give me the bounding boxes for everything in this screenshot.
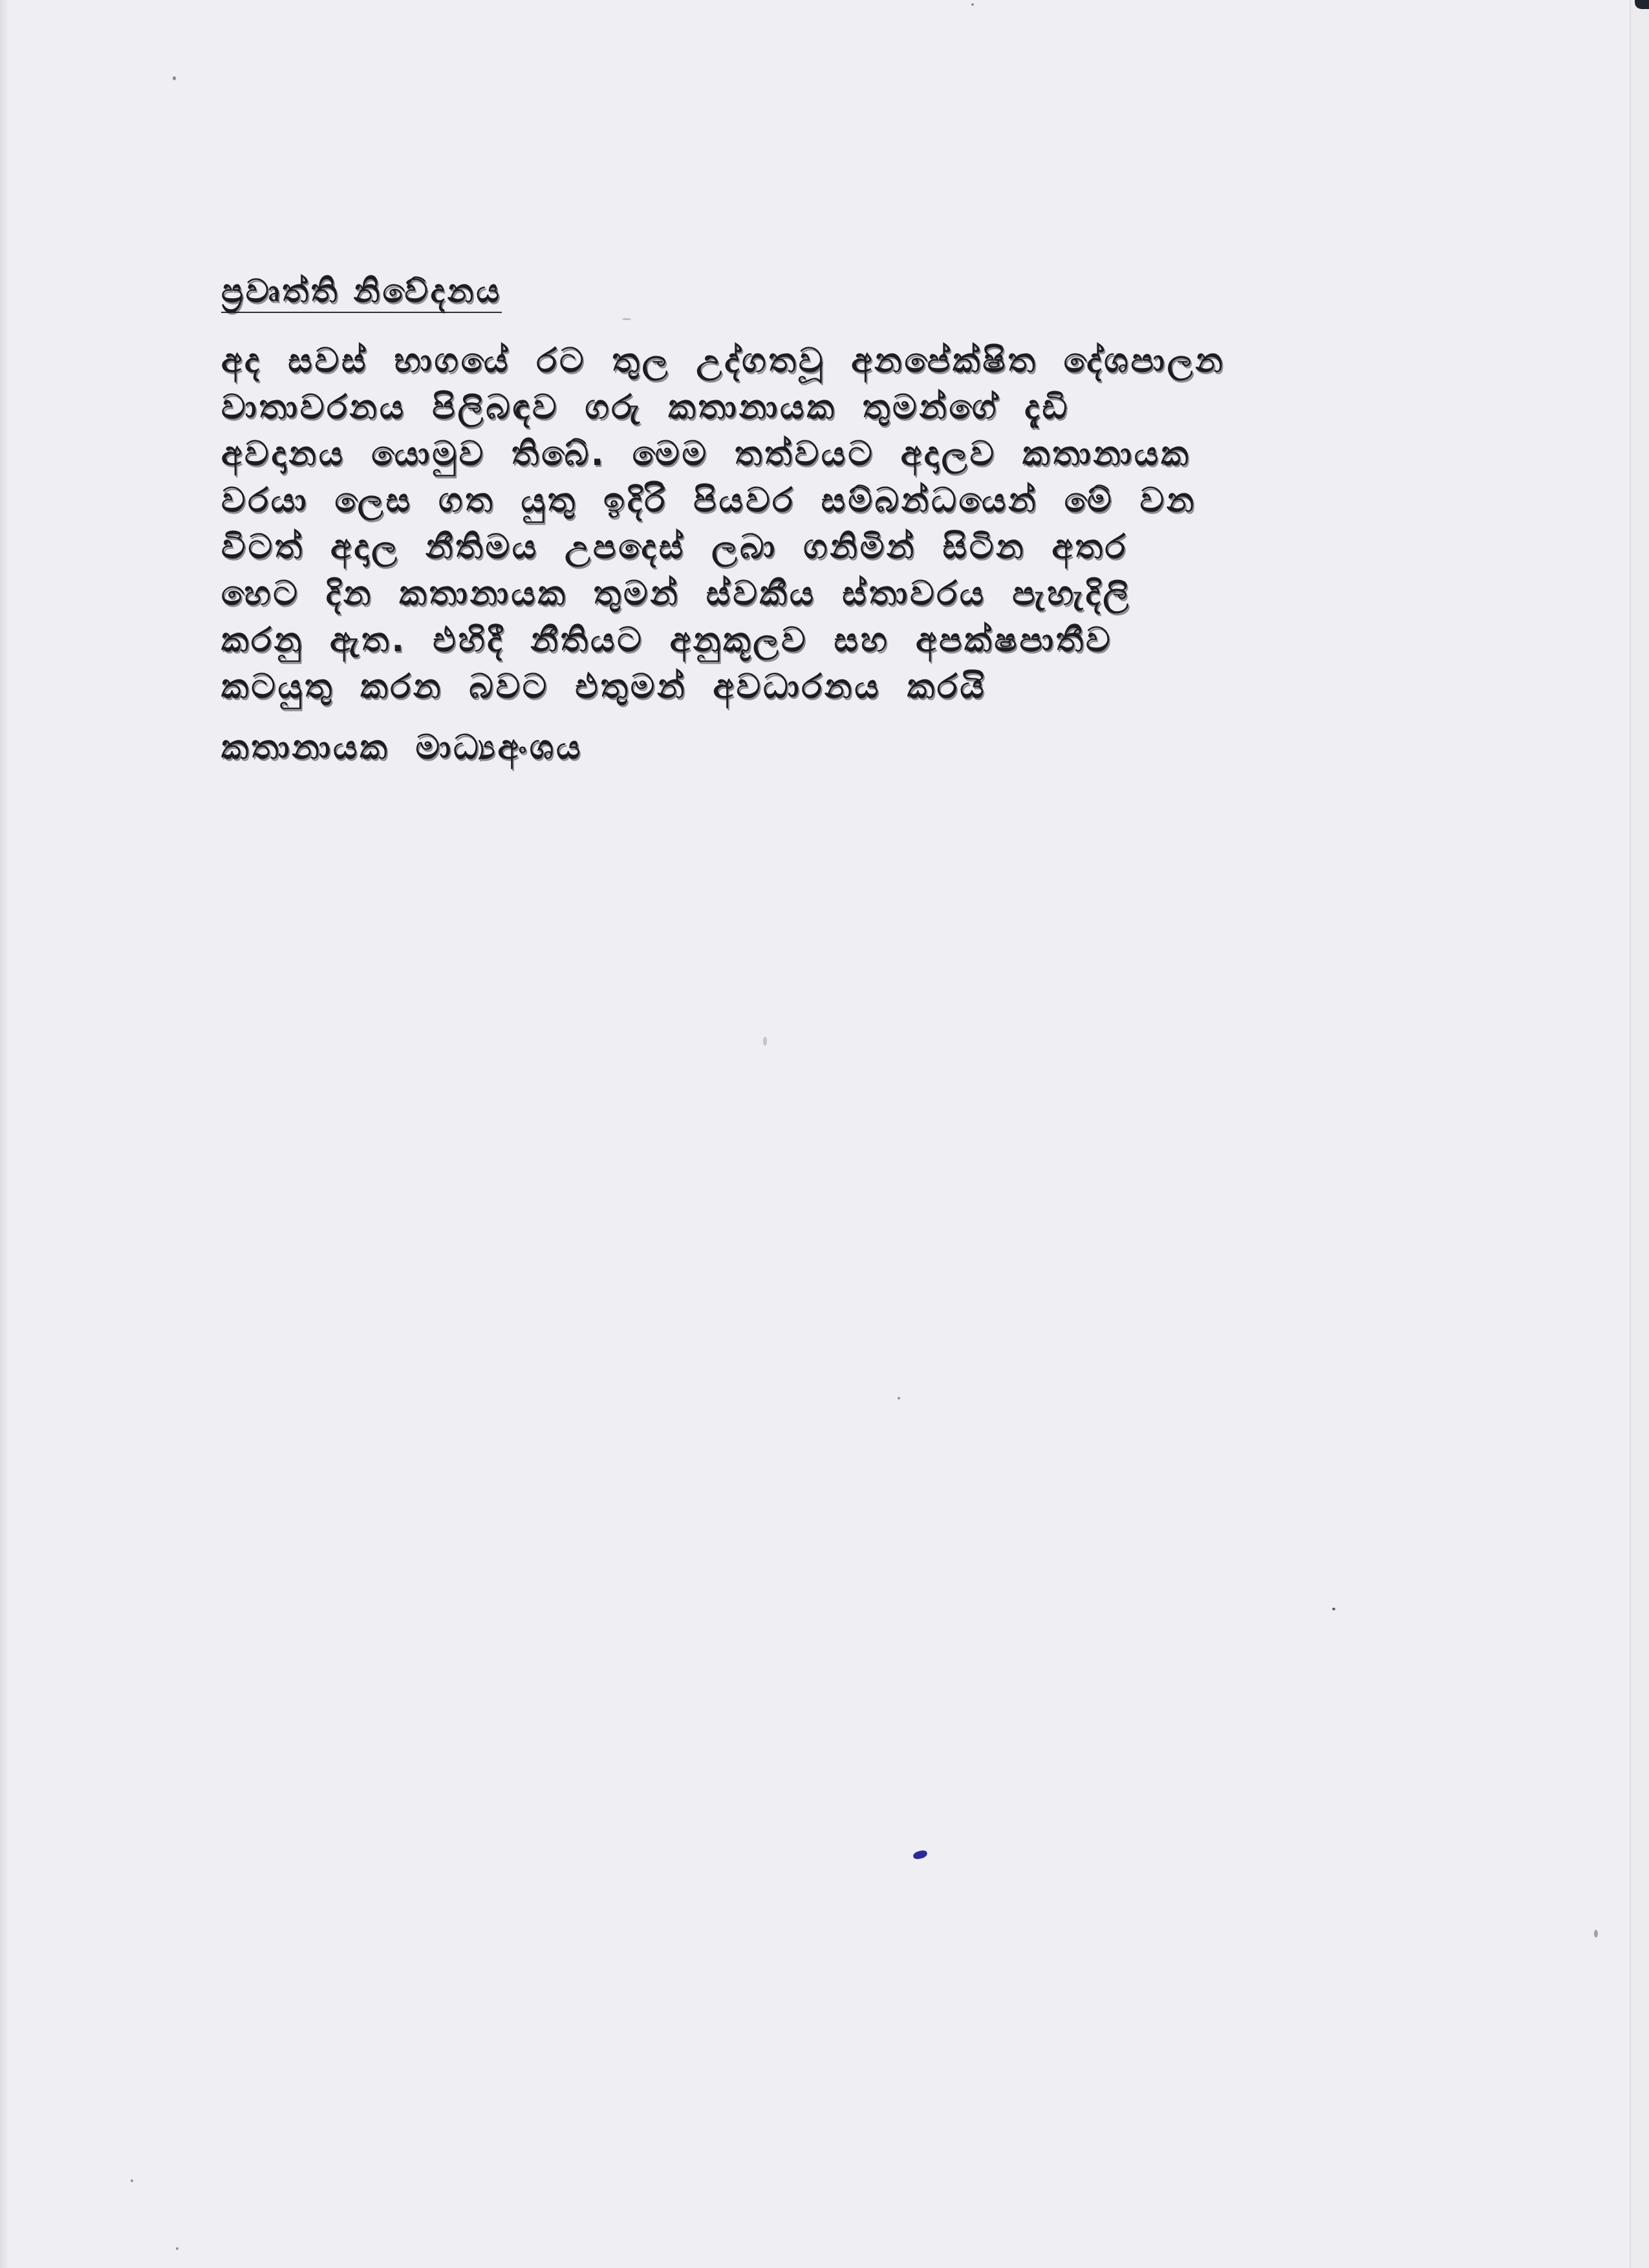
- scan-speck: [763, 1037, 767, 1046]
- body-line: අද සවස් භාගයේ රට තුල උද්ගතවූ අනපේක්ෂිත ද…: [221, 338, 1450, 384]
- body-line: විටත් අදාල නීතිමය උපදෙස් ලබා ගනිමින් සිට…: [221, 524, 1450, 570]
- document-title: ප්‍රවෘත්ති නිවේදනය: [221, 272, 502, 313]
- document-page: ප්‍රවෘත්ති නිවේදනය අද සවස් භාගයේ රට තුල …: [8, 0, 1631, 2268]
- body-line: කටයුතු කරන බවට එතුමන් අවධාරනය කරයි: [221, 664, 1450, 710]
- scan-speck: [173, 76, 176, 80]
- scan-speck: [1332, 1608, 1335, 1610]
- body-line: කරනු ඇත. එහිදී නීතියට අනුකූලව සහ අපක්ෂපා…: [221, 617, 1450, 664]
- scan-edge-left: [0, 0, 8, 2268]
- body-line: වරයා ලෙස ගත යුතු ඉදිරි පියවර සම්බන්ධයෙන්…: [221, 477, 1450, 524]
- scan-speck: [131, 2179, 133, 2182]
- press-release: ප්‍රවෘත්ති නිවේදනය අද සවස් භාගයේ රට තුල …: [221, 272, 1450, 771]
- scan-speck: [898, 1397, 900, 1399]
- document-body: අද සවස් භාගයේ රට තුල උද්ගතවූ අනපේක්ෂිත ද…: [221, 338, 1450, 710]
- scan-speck: [1594, 1930, 1598, 1938]
- body-line: අවදානය යොමුව තිබේ. මෙම තත්වයට අදාලව කතාන…: [221, 431, 1450, 477]
- scan-bed-edge: [1630, 0, 1649, 2268]
- ink-mark: [912, 1850, 928, 1860]
- body-line: හෙට දින කතානායක තුමන් ස්වකීය ස්තාවරය පැහ…: [221, 570, 1450, 617]
- scan-speck: [622, 318, 631, 320]
- scan-corner-shadow: [1635, 0, 1649, 9]
- scan-speck: [176, 2247, 178, 2250]
- scan-speck: [971, 3, 974, 6]
- body-line: වාතාවරනය පිලිබඳව ගරු කතානායක තුමන්ගේ දැඩ…: [221, 384, 1450, 431]
- signature-media-division: කතානායක මාධ්‍යඅංශය: [221, 724, 1450, 771]
